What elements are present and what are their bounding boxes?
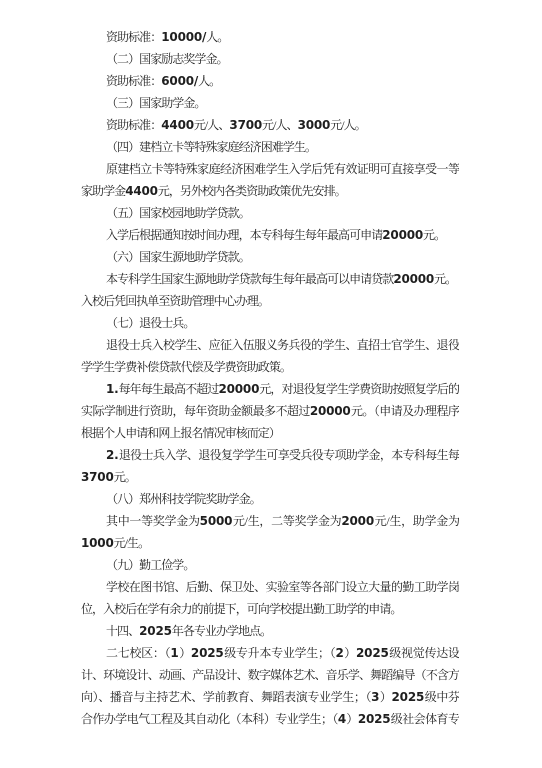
- text-run: 年各专业办学地点。: [172, 624, 271, 638]
- text-run: 级社会体育专: [390, 712, 459, 726]
- bold-number-run: 2: [335, 646, 343, 660]
- text-run: 其中一等奖学金为: [106, 514, 200, 528]
- bold-number-run: 4400: [161, 118, 194, 132]
- text-run: 家助学金: [81, 184, 125, 198]
- text-line: （三）国家助学金。: [81, 92, 459, 114]
- text-line: 学校在图书馆、后勤、保卫处、实验室等各部门设立大量的勤工助学岗: [81, 576, 459, 598]
- text-line: 合作办学电气工程及其自动化（本科）专业学生；（4）2025级社会体育专: [81, 708, 459, 730]
- text-run: （八）郑州科技学院奖助学金。: [106, 492, 261, 506]
- text-line: 2.退役士兵入学、退役复学学生可享受兵役专项助学金，本专科每生每年: [81, 444, 459, 466]
- bold-number-run: 20000: [310, 404, 351, 418]
- bold-number-run: 1.: [106, 382, 119, 396]
- bold-number-run: 3700: [81, 470, 114, 484]
- text-run: （七）退役士兵。: [106, 316, 194, 330]
- text-line: （九）勤工俭学。: [81, 554, 459, 576]
- text-run: ）: [379, 690, 391, 704]
- text-run: （九）勤工俭学。: [106, 558, 194, 572]
- text-run: 学校在图书馆、后勤、保卫处、实验室等各部门设立大量的勤工助学岗: [106, 580, 459, 594]
- text-run: 人。: [198, 74, 220, 88]
- bold-number-run: 2000: [341, 514, 374, 528]
- text-run: （三）国家助学金。: [106, 96, 205, 110]
- text-run: 向）、播音与主持艺术、学前教育、舞蹈表演专业学生；（: [81, 690, 371, 704]
- text-line: 学学生学费补偿贷款代偿及学费资助政策。: [81, 356, 459, 378]
- bold-number-run: 2.: [106, 448, 119, 462]
- text-line: 1.每年每生最高不超过20000元，对退役复学生学费资助按照复学后的: [81, 378, 459, 400]
- text-run: ）: [179, 646, 191, 660]
- text-line: （六）国家生源地助学贷款。: [81, 246, 459, 268]
- bold-number-run: 20000: [393, 272, 434, 286]
- bold-number-run: 3700: [229, 118, 262, 132]
- text-line: （二）国家励志奖学金。: [81, 48, 459, 70]
- text-run: 入学后根据通知按时间办理，本专科每生每年最高可申请: [106, 228, 382, 242]
- text-run: 元。: [423, 228, 445, 242]
- text-run: 资助标准：: [106, 74, 161, 88]
- text-line: 入校后凭回执单至资助管理中心办理。: [81, 290, 459, 312]
- text-line: 根据个人申请和网上报名情况审核而定）: [81, 422, 459, 444]
- text-line: （八）郑州科技学院奖助学金。: [81, 488, 459, 510]
- bold-number-run: 4400: [125, 184, 158, 198]
- text-line: 其中一等奖学金为5000元/生，二等奖学金为2000元/生，助学金为: [81, 510, 459, 532]
- bold-number-run: 2025: [191, 646, 224, 660]
- bold-number-run: 2025: [356, 646, 389, 660]
- text-run: 元/人。: [330, 118, 366, 132]
- text-run: 级中芬: [424, 690, 459, 704]
- text-run: 退役士兵入校学生、应征入伍服义务兵役的学生、直招士官学生、退役复: [106, 338, 459, 356]
- text-run: 元/生。: [114, 536, 150, 550]
- text-run: 元。（申请及办理程序: [351, 404, 459, 418]
- text-line: 资助标准：10000/人。: [81, 26, 459, 48]
- bold-number-run: 4: [338, 712, 346, 726]
- text-run: 资助标准：: [106, 30, 161, 44]
- text-line: 3700元。: [81, 466, 459, 488]
- text-run: 本专科学生国家生源地助学贷款每生每年最高可以申请贷款: [106, 272, 393, 286]
- text-line: 入学后根据通知按时间办理，本专科每生每年最高可申请20000元。: [81, 224, 459, 246]
- text-run: 元，另外校内各类资助政策优先安排。: [158, 184, 346, 198]
- text-line: 资助标准：4400元/人、3700元/人、3000元/人。: [81, 114, 459, 136]
- text-run: 计、环境设计、动画、产品设计、数字媒体艺术、音乐学、舞蹈编导（不含方: [81, 668, 459, 682]
- document-body: 资助标准：10000/人。（二）国家励志奖学金。资助标准：6000/人。（三）国…: [81, 26, 459, 730]
- text-run: 二七校区：（: [106, 646, 170, 660]
- text-run: 每年每生最高不超过: [119, 382, 219, 396]
- text-line: 实际学制进行资助，每年资助金额最多不超过20000元。（申请及办理程序: [81, 400, 459, 422]
- text-line: （四）建档立卡等特殊家庭经济困难学生。: [81, 136, 459, 158]
- text-line: 位，入校后在学有余力的前提下，可向学校提出勤工助学的申请。: [81, 598, 459, 620]
- text-line: 退役士兵入校学生、应征入伍服义务兵役的学生、直招士官学生、退役复: [81, 334, 459, 356]
- bold-number-run: 1000: [81, 536, 114, 550]
- text-line: 向）、播音与主持艺术、学前教育、舞蹈表演专业学生；（3）2025级中芬: [81, 686, 459, 708]
- text-run: 资助标准：: [106, 118, 161, 132]
- text-run: 元/人、: [194, 118, 230, 132]
- bold-number-run: 5000: [200, 514, 233, 528]
- text-run: 元。: [114, 470, 136, 484]
- text-line: 十四、2025年各专业办学地点。: [81, 620, 459, 642]
- text-run: （五）国家校园地助学贷款。: [106, 206, 250, 220]
- text-run: 入校后凭回执单至资助管理中心办理。: [81, 294, 269, 308]
- text-run: 元/生，助学金为: [374, 514, 459, 528]
- bold-number-run: 6000/: [161, 74, 198, 88]
- text-run: 十四、: [106, 624, 139, 638]
- text-run: （四）建档立卡等特殊家庭经济困难学生。: [106, 140, 316, 154]
- bold-number-run: 2025: [139, 624, 172, 638]
- bold-number-run: 2025: [392, 690, 425, 704]
- text-run: （二）国家励志奖学金。: [106, 52, 228, 66]
- text-run: 元，对退役复学生学费资助按照复学后的: [259, 382, 459, 396]
- text-line: 家助学金4400元，另外校内各类资助政策优先安排。: [81, 180, 459, 202]
- bold-number-run: 2025: [358, 712, 391, 726]
- text-run: 实际学制进行资助，每年资助金额最多不超过: [81, 404, 310, 418]
- text-line: 资助标准：6000/人。: [81, 70, 459, 92]
- bold-number-run: 3000: [298, 118, 331, 132]
- text-run: 位，入校后在学有余力的前提下，可向学校提出勤工助学的申请。: [81, 602, 401, 616]
- text-line: 计、环境设计、动画、产品设计、数字媒体艺术、音乐学、舞蹈编导（不含方: [81, 664, 459, 686]
- bold-number-run: 10000/: [161, 30, 206, 44]
- text-run: 级专升本专业学生；（: [224, 646, 336, 660]
- text-run: 元/生，二等奖学金为: [232, 514, 341, 528]
- text-run: ）: [344, 646, 356, 660]
- text-run: 原建档立卡等特殊家庭经济困难学生入学后凭有效证明可直接享受一等国: [106, 162, 459, 180]
- text-run: 元/人、: [262, 118, 298, 132]
- text-run: （六）国家生源地助学贷款。: [106, 250, 250, 264]
- text-run: 级视觉传达设: [389, 646, 459, 660]
- bold-number-run: 20000: [218, 382, 259, 396]
- text-run: 元。: [434, 272, 456, 286]
- text-line: 本专科学生国家生源地助学贷款每生每年最高可以申请贷款20000元。: [81, 268, 459, 290]
- bold-number-run: 1: [170, 646, 178, 660]
- text-run: 学学生学费补偿贷款代偿及学费资助政策。: [81, 360, 291, 374]
- text-run: ）: [346, 712, 358, 726]
- text-line: （七）退役士兵。: [81, 312, 459, 334]
- text-run: 退役士兵入学、退役复学学生可享受兵役专项助学金，本专科每生每年: [106, 448, 459, 466]
- text-line: （五）国家校园地助学贷款。: [81, 202, 459, 224]
- text-run: 合作办学电气工程及其自动化（本科）专业学生；（: [81, 712, 338, 726]
- bold-number-run: 20000: [382, 228, 423, 242]
- text-line: 原建档立卡等特殊家庭经济困难学生入学后凭有效证明可直接享受一等国: [81, 158, 459, 180]
- document-page: 资助标准：10000/人。（二）国家励志奖学金。资助标准：6000/人。（三）国…: [0, 0, 542, 768]
- text-run: 根据个人申请和网上报名情况审核而定）: [81, 426, 280, 440]
- text-line: 1000元/生。: [81, 532, 459, 554]
- text-line: 二七校区：（1）2025级专升本专业学生；（2）2025级视觉传达设: [81, 642, 459, 664]
- text-run: 人。: [206, 30, 228, 44]
